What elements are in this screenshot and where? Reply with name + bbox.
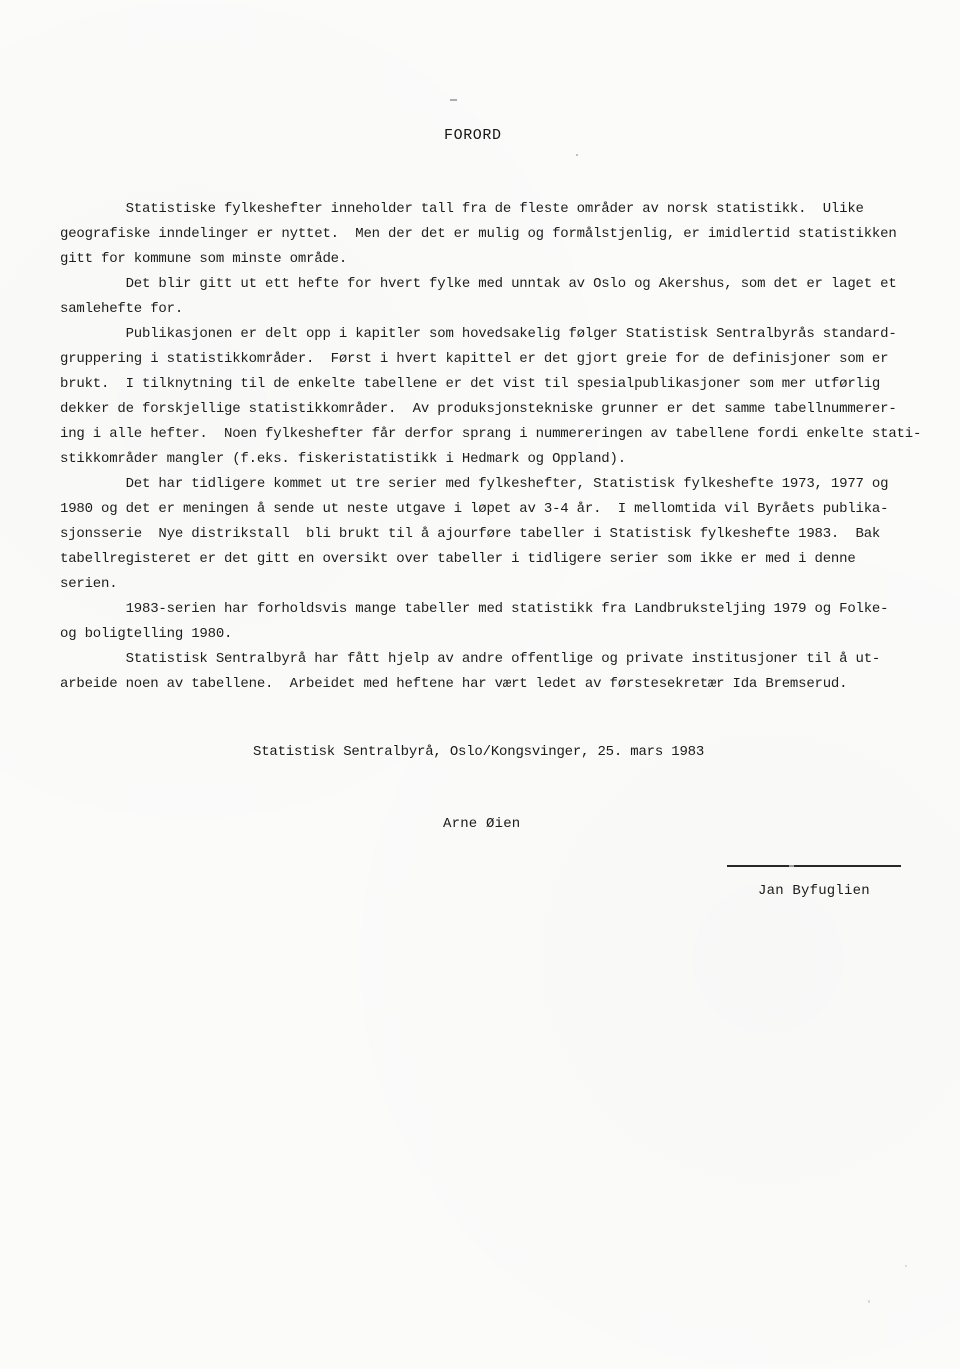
body-line: brukt. I tilknytning til de enkelte tabe… [60,372,942,397]
body-line: stikkområder mangler (f.eks. fiskeristat… [60,447,942,472]
body-line: Statistiske fylkeshefter inneholder tall… [60,197,942,222]
body-line: Statistisk Sentralbyrå har fått hjelp av… [60,647,942,672]
body-line: gruppering i statistikkområder. Først i … [60,347,942,372]
signer-name-secondary: Jan Byfuglien [758,883,870,899]
scan-speck [868,1300,870,1303]
body-line: tabellregisteret er det gitt en oversikt… [60,547,942,572]
body-line: serien. [60,572,942,597]
body-line: Det har tidligere kommet ut tre serier m… [60,472,942,497]
body-line: og boligtelling 1980. [60,622,942,647]
body-line: gitt for kommune som minste område. [60,247,942,272]
signer-name-primary: Arne Øien [443,816,520,832]
page-title: FORORD [444,127,502,144]
body-line: dekker de forskjellige statistikkområder… [60,397,942,422]
body-line: Det blir gitt ut ett hefte for hvert fyl… [60,272,942,297]
dateline: Statistisk Sentralbyrå, Oslo/Kongsvinger… [253,744,704,760]
body-line: Publikasjonen er delt opp i kapitler som… [60,322,942,347]
body-line: samlehefte for. [60,297,942,322]
scan-speck [576,154,578,156]
body-line: ing i alle hefter. Noen fylkeshefter får… [60,422,942,447]
scanned-document-page: FORORD Statistiske fylkeshefter innehold… [0,0,960,1369]
scan-speck [450,99,457,101]
foreword-body: Statistiske fylkeshefter inneholder tall… [60,197,942,697]
body-line: geografiske inndelinger er nyttet. Men d… [60,222,942,247]
scan-speck [905,1265,907,1267]
signature-rule [727,865,901,867]
body-line: 1980 og det er meningen å sende ut neste… [60,497,942,522]
body-line: sjonsserie Nye distrikstall bli brukt ti… [60,522,942,547]
body-line: arbeide noen av tabellene. Arbeidet med … [60,672,942,697]
body-line: 1983-serien har forholdsvis mange tabell… [60,597,942,622]
